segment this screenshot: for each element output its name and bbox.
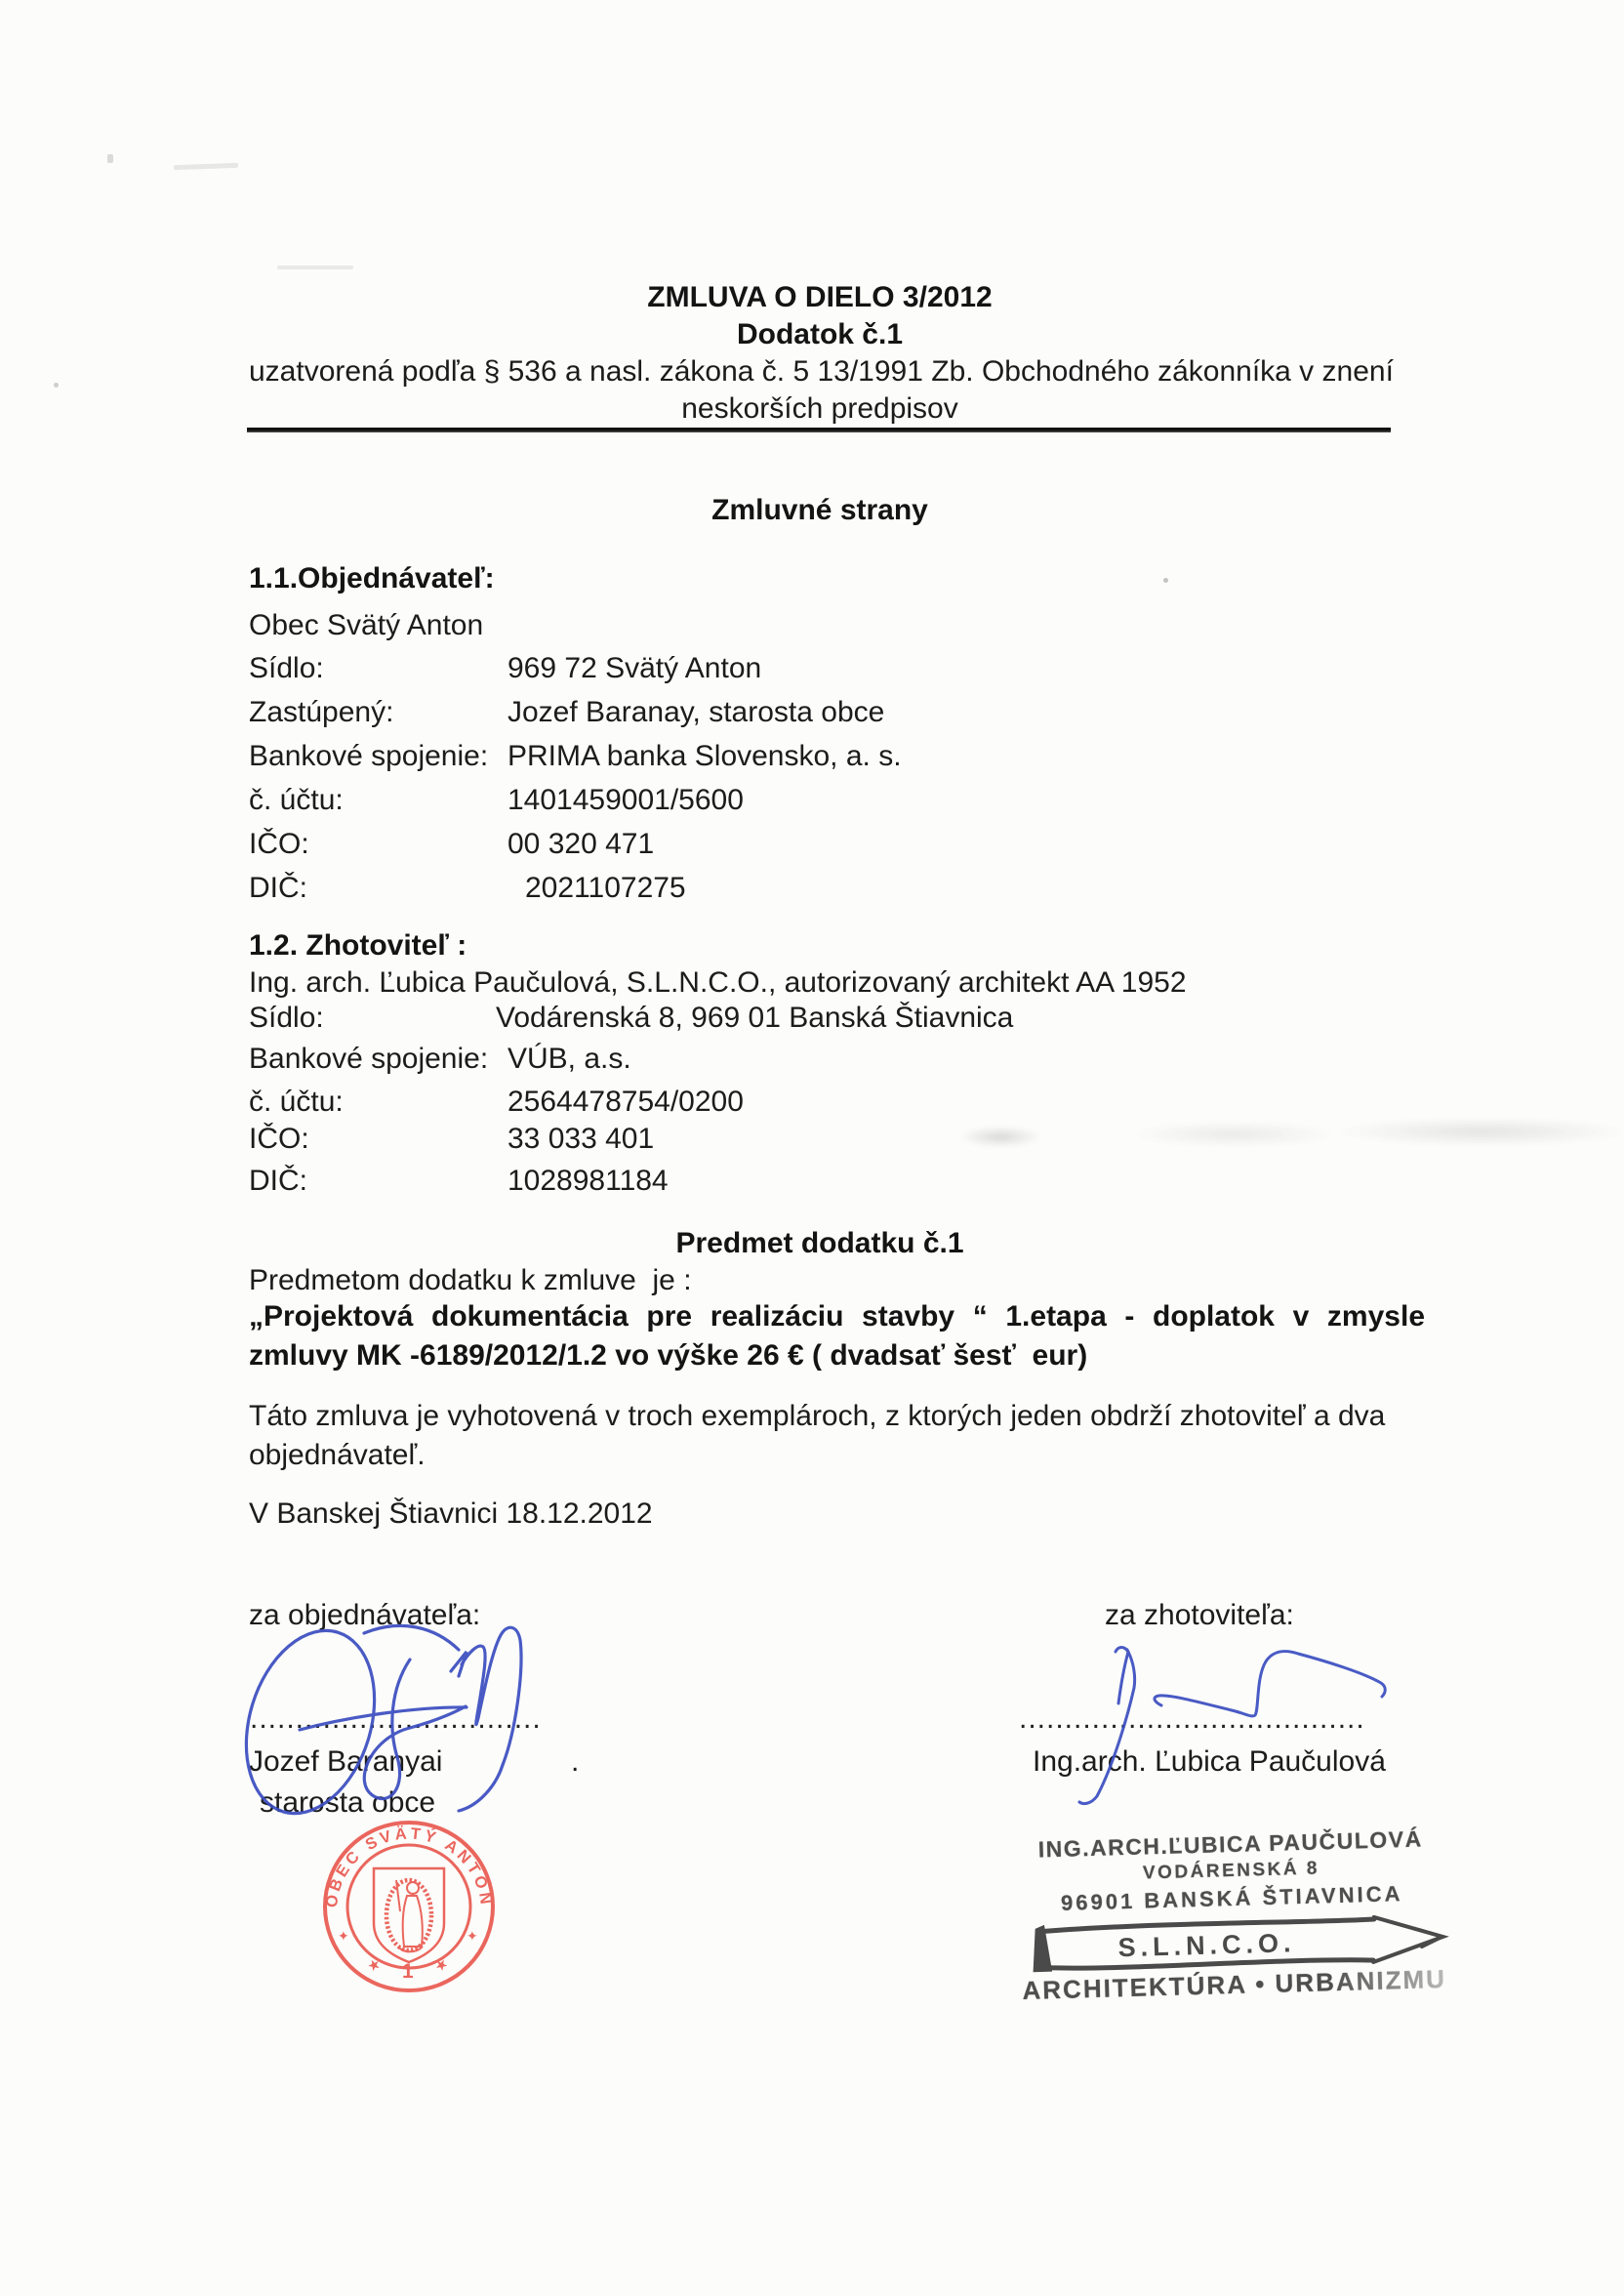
contractor-row-label: IČO: [249,1123,309,1157]
contractor-name: Ing. arch. Ľubica Paučulová, S.L.N.C.O.,… [249,966,1187,1001]
svg-text:OBEC SVÄTÝ ANTON: OBEC SVÄTÝ ANTON [323,1824,495,1908]
client-section-heading: 1.1.Objednávateľ: [249,562,495,596]
client-row-value: 1401459001/5600 [507,784,744,818]
pencil-tip [1372,1915,1443,1962]
right-signature-dotted-line: ...................................... [1019,1702,1365,1736]
legal-basis-line2: neskorších predpisov [249,392,1391,427]
client-row-label: Zastúpený: [249,696,393,730]
scan-artifact [277,266,353,269]
document-subtitle-amendment: Dodatok č.1 [249,318,1391,352]
copies-line2: objednávateľ. [249,1439,426,1473]
stamp-side-star-right: ✦ [467,1928,478,1944]
stamp-shield [374,1868,444,1962]
left-signatory-role: starosta obce [260,1786,435,1821]
right-signatory-name: Ing.arch. Ľubica Paučulová [1033,1745,1386,1780]
client-row-value: 969 72 Svätý Anton [507,652,761,686]
architect-stamp-company: S.L.N.C.O. [1117,1928,1296,1962]
stamp-outer-ring [325,1823,493,1990]
scanned-contract-page: ZMLUVA O DIELO 3/2012 Dodatok č.1 uzatvo… [0,0,1624,2296]
subject-body-line1: „Projektová dokumentácia pre realizáciu … [249,1300,1425,1334]
contractor-row-value: 2564478754/0200 [507,1086,744,1120]
header-divider [247,428,1391,432]
contractor-row-value: 1028981184 [507,1165,669,1199]
subject-heading: Predmet dodatku č.1 [249,1227,1391,1261]
pencil-eraser-end [1035,1928,1049,1969]
place-and-date: V Banskej Štiavnici 18.12.2012 [249,1497,653,1532]
stamp-ring-text: OBEC SVÄTÝ ANTON [323,1824,495,1908]
copies-line1: Táto zmluva je vyhotovená v troch exempl… [249,1400,1385,1434]
stamp-bottom-number: 1 [402,1960,414,1983]
stamp-side-star-left: ✦ [338,1928,349,1944]
legal-basis-line1: uzatvorená podľa § 536 a nasl. zákona č.… [249,355,1391,389]
scan-artifact [107,154,113,163]
client-row-value: Jozef Baranay, starosta obce [507,696,884,730]
stamp-wreath [386,1880,431,1950]
stray-period: . [571,1745,579,1780]
architect-stamp: ING.ARCH.ĽUBICA PAUČULOVÁ VODÁRENSKÁ 8 9… [1012,1822,1452,2029]
stamp-bottom-star-right: ★ [431,1955,450,1976]
subject-intro: Predmetom dodatku k zmluve je : [249,1264,692,1298]
right-signature-caption: za zhotoviteľa: [1105,1599,1294,1633]
client-row-label: Sídlo: [249,652,324,686]
client-row-label: č. účtu: [249,784,344,818]
contractor-row-value: 33 033 401 [507,1123,654,1157]
contractor-row-value: VÚB, a.s. [507,1043,631,1077]
contractor-row-label: DIČ: [249,1165,307,1199]
municipal-stamp: OBEC SVÄTÝ ANTON ✦ ✦ ★ 1 ★ [320,1818,498,1995]
scan-artifact [174,163,238,170]
document-title: ZMLUVA O DIELO 3/2012 [249,281,1391,315]
client-row-value: 2021107275 [525,872,686,906]
contractor-row-label: č. účtu: [249,1086,344,1120]
subject-body-line2: zmluvy MK -6189/2012/1.2 vo výške 26 € (… [249,1339,1087,1373]
client-row-value: 00 320 471 [507,828,654,862]
scan-artifact [54,383,59,388]
client-row-value: PRIMA banka Slovensko, a. s. [507,740,902,774]
pencil-top-edge [1044,1919,1374,1932]
left-signatory-name: Jozef Baranyai [249,1745,442,1780]
client-row-label: DIČ: [249,872,307,906]
parties-heading: Zmluvné strany [249,494,1391,528]
contractor-row-label: Sídlo: [249,1002,324,1036]
left-signature-dotted-line: ................................ [250,1702,542,1736]
scan-artifact [1163,578,1168,583]
client-row-label: IČO: [249,828,309,862]
client-name: Obec Svätý Anton [249,609,483,643]
client-row-label: Bankové spojenie: [249,740,488,774]
contractor-row-label: Bankové spojenie: [249,1043,488,1077]
stamp-inner-ring [347,1845,470,1968]
stamp-figure [396,1880,423,1951]
scan-smudge-band [915,1109,1624,1160]
stamp-bottom-star-left: ★ [365,1955,384,1976]
left-signature-caption: za objednávateľa: [249,1599,480,1633]
contractor-row-value: Vodárenská 8, 969 01 Banská Štiavnica [496,1002,1013,1036]
contractor-section-heading: 1.2. Zhotoviteľ : [249,929,467,963]
